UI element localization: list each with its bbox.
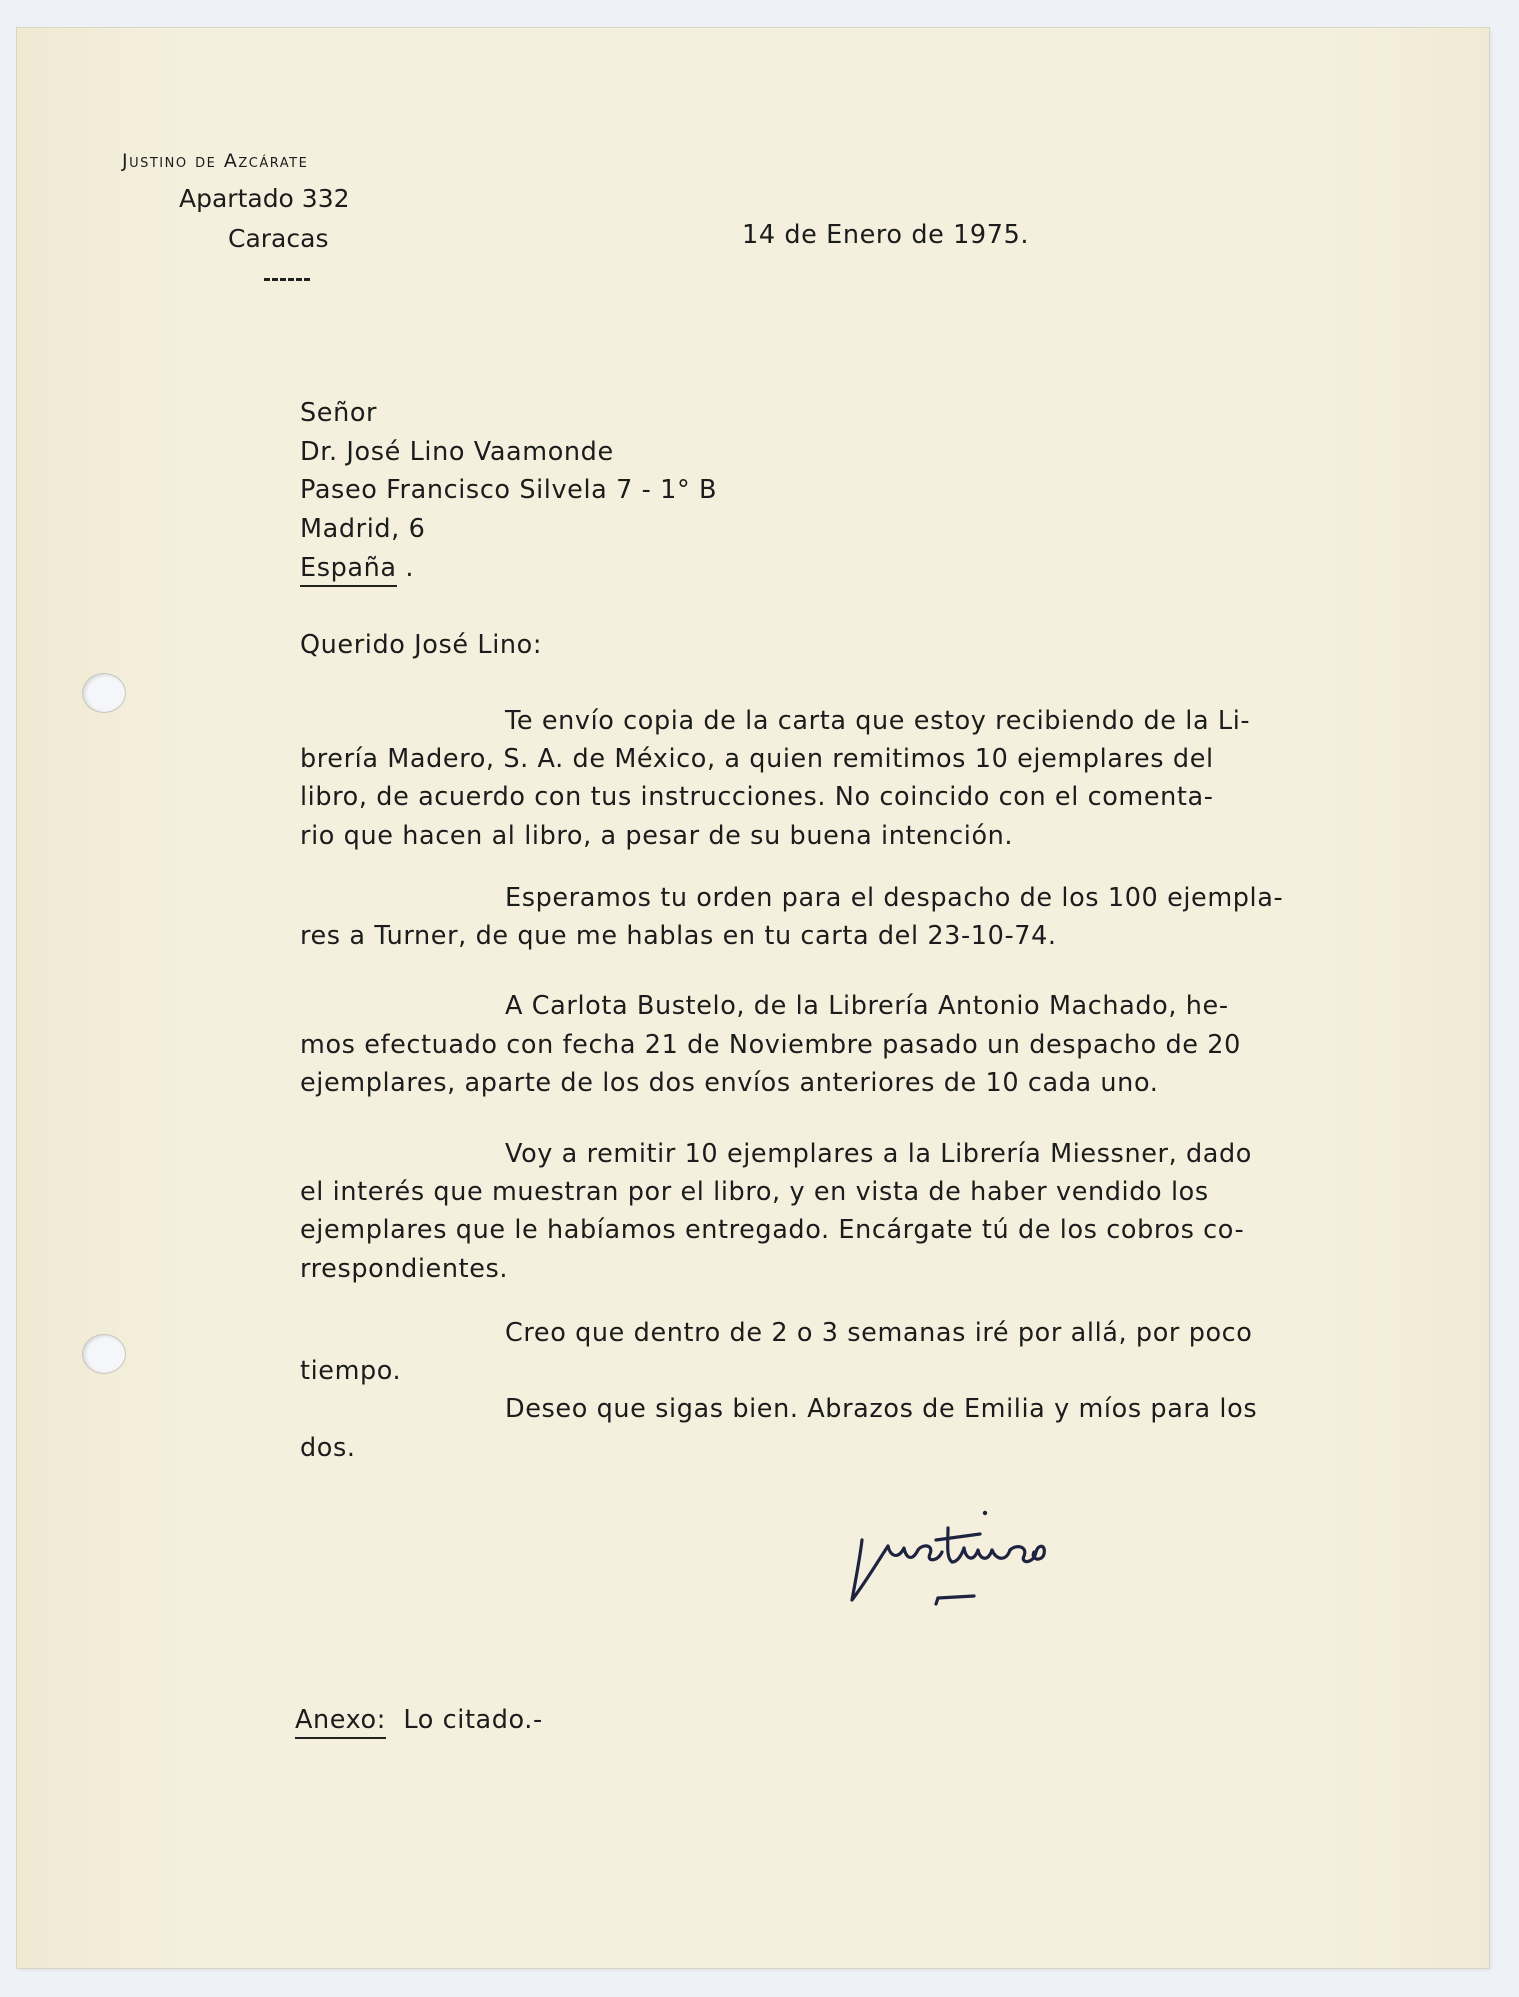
body-line: res a Turner, de que me hablas en tu car… [300, 921, 1057, 951]
recipient-city: Madrid, 6 [300, 514, 425, 544]
body-line: Creo que dentro de 2 o 3 semanas iré por… [505, 1318, 1253, 1348]
body-line: Te envío copia de la carta que estoy rec… [505, 706, 1250, 736]
body-line: Deseo que sigas bien. Abrazos de Emilia … [505, 1394, 1257, 1424]
body-line: rio que hacen al libro, a pesar de su bu… [300, 821, 1013, 851]
body-line: libro, de acuerdo con tus instrucciones.… [300, 782, 1214, 812]
body-line: Voy a remitir 10 ejemplares a la Librerí… [505, 1139, 1252, 1169]
handwritten-signature [840, 1488, 1100, 1622]
body-line: dos. [300, 1433, 356, 1463]
recipient-country-name: España [300, 553, 397, 587]
recipient-title: Señor [300, 398, 377, 428]
body-line: A Carlota Bustelo, de la Librería Antoni… [505, 991, 1229, 1021]
body-line: Esperamos tu orden para el despacho de l… [505, 883, 1283, 913]
body-line: ejemplares que le habíamos entregado. En… [300, 1215, 1244, 1245]
body-line: ejemplares, aparte de los dos envíos ant… [300, 1068, 1158, 1098]
body-line: rrespondientes. [300, 1254, 508, 1284]
recipient-country: España . [300, 553, 414, 583]
letterhead-name: Justino de Azcárate [122, 150, 308, 172]
greeting: Querido José Lino: [300, 630, 542, 660]
letter-date: 14 de Enero de 1975. [742, 220, 1029, 250]
punch-hole-icon [82, 1334, 126, 1374]
body-line: brería Madero, S. A. de México, a quien … [300, 744, 1214, 774]
letterhead-address: Apartado 332 [179, 184, 350, 213]
punch-hole-icon [82, 673, 126, 713]
annex-line: Anexo: Lo citado.- [295, 1705, 543, 1735]
body-line: el interés que muestran por el libro, y … [300, 1177, 1209, 1207]
recipient-name: Dr. José Lino Vaamonde [300, 437, 614, 467]
annex-label: Anexo: [295, 1705, 386, 1739]
letterhead-rule [264, 278, 310, 281]
body-line: mos efectuado con fecha 21 de Noviembre … [300, 1030, 1241, 1060]
recipient-street: Paseo Francisco Silvela 7 - 1° B [300, 475, 717, 505]
body-line: tiempo. [300, 1356, 401, 1386]
recipient-country-punct: . [397, 553, 414, 583]
letterhead-city: Caracas [228, 224, 328, 253]
annex-value: Lo citado.- [403, 1705, 542, 1735]
signature-icon [840, 1488, 1100, 1618]
letter-page: Justino de Azcárate Apartado 332 Caracas… [17, 28, 1489, 1968]
